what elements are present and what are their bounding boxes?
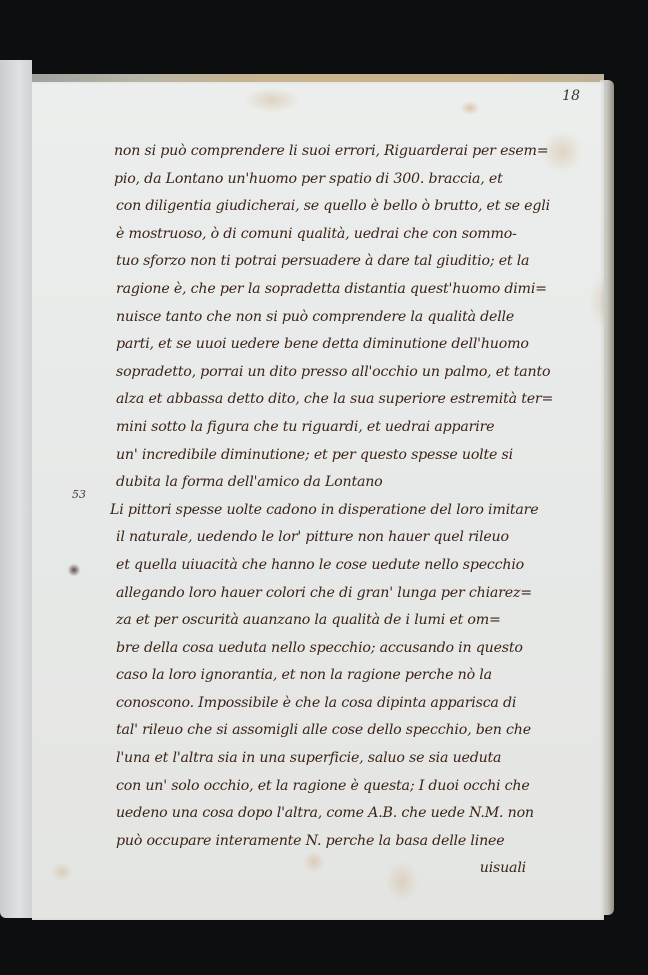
text-line: è mostruoso, ò di comuni qualità, uedrai…	[116, 221, 536, 249]
text-line: sopradetto, porrai un dito presso all'oc…	[116, 359, 536, 387]
text-line: tuo sforzo non ti potrai persuadere à da…	[116, 248, 536, 276]
text-line: non si può comprendere li suoi errori, R…	[114, 138, 536, 166]
text-line: tal' rileuo che si assomigli alle cose d…	[116, 717, 536, 745]
text-line: nuisce tanto che non si può comprendere …	[116, 304, 536, 332]
text-line: allegando loro hauer colori che di gran'…	[116, 580, 536, 608]
manuscript-page: 18 53 non si può comprendere li suoi err…	[32, 82, 604, 920]
text-line: caso la loro ignorantia, et non la ragio…	[116, 662, 536, 690]
text-line: za et per oscurità auanzano la qualità d…	[116, 607, 536, 635]
text-line: mini sotto la figura che tu riguardi, et…	[116, 414, 536, 442]
text-line: il naturale, uedendo le lor' pitture non…	[116, 524, 536, 552]
folio-number: 18	[562, 88, 580, 104]
paragraph-start-line: Li pittori spesse uolte cadono in disper…	[110, 497, 536, 525]
text-line: pio, da Lontano un'huomo per spatio di 3…	[114, 166, 536, 194]
manuscript-text: non si può comprendere li suoi errori, R…	[116, 138, 536, 883]
text-line: un' incredibile diminutione; et per ques…	[116, 442, 536, 470]
catchword-line: uisuali	[116, 855, 536, 883]
text-line: et quella uiuacità che hanno le cose ued…	[116, 552, 536, 580]
text-line: uedeno una cosa dopo l'altra, come A.B. …	[116, 800, 536, 828]
text-line: può occupare interamente N. perche la ba…	[116, 828, 536, 856]
margin-note-number: 53	[72, 488, 86, 501]
text-line: l'una et l'altra sia in una superficie, …	[116, 745, 536, 773]
text-line: ragione è, che per la sopradetta distant…	[116, 276, 536, 304]
text-line: bre della cosa ueduta nello specchio; ac…	[116, 635, 536, 663]
text-line: con un' solo occhio, et la ragione è que…	[116, 773, 536, 801]
text-line: conoscono. Impossibile è che la cosa dip…	[116, 690, 536, 718]
text-line: parti, et se uuoi uedere bene detta dimi…	[116, 331, 536, 359]
text-line: con diligentia giudicherai, se quello è …	[116, 193, 536, 221]
text-line: dubita la forma dell'amico da Lontano	[116, 469, 536, 497]
adjacent-left-page	[0, 60, 32, 918]
text-line: alza et abbassa detto dito, che la sua s…	[116, 386, 536, 414]
